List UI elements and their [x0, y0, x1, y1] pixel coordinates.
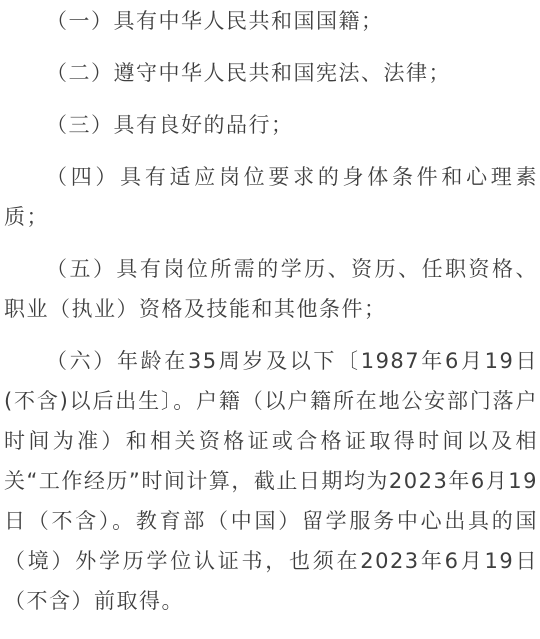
- paragraph-conduct: （三）具有良好的品行；: [4, 105, 538, 145]
- paragraph-age-and-dates: （六）年龄在35周岁及以下〔1987年6月19日(不含)以后出生〕。户籍（以户籍…: [4, 341, 538, 621]
- paragraph-spacer: [4, 329, 538, 341]
- paragraph-health: （四）具有适应岗位要求的身体条件和心理素质；: [4, 157, 538, 237]
- paragraph-law: （二）遵守中华人民共和国宪法、法律；: [4, 53, 538, 93]
- paragraph-qualifications: （五）具有岗位所需的学历、资历、任职资格、职业（执业）资格及技能和其他条件；: [4, 249, 538, 329]
- paragraph-spacer: [4, 93, 538, 105]
- document-body: （一）具有中华人民共和国国籍； （二）遵守中华人民共和国宪法、法律； （三）具有…: [0, 0, 540, 621]
- paragraph-nationality: （一）具有中华人民共和国国籍；: [4, 0, 538, 41]
- paragraph-spacer: [4, 145, 538, 157]
- paragraph-spacer: [4, 237, 538, 249]
- paragraph-spacer: [4, 41, 538, 53]
